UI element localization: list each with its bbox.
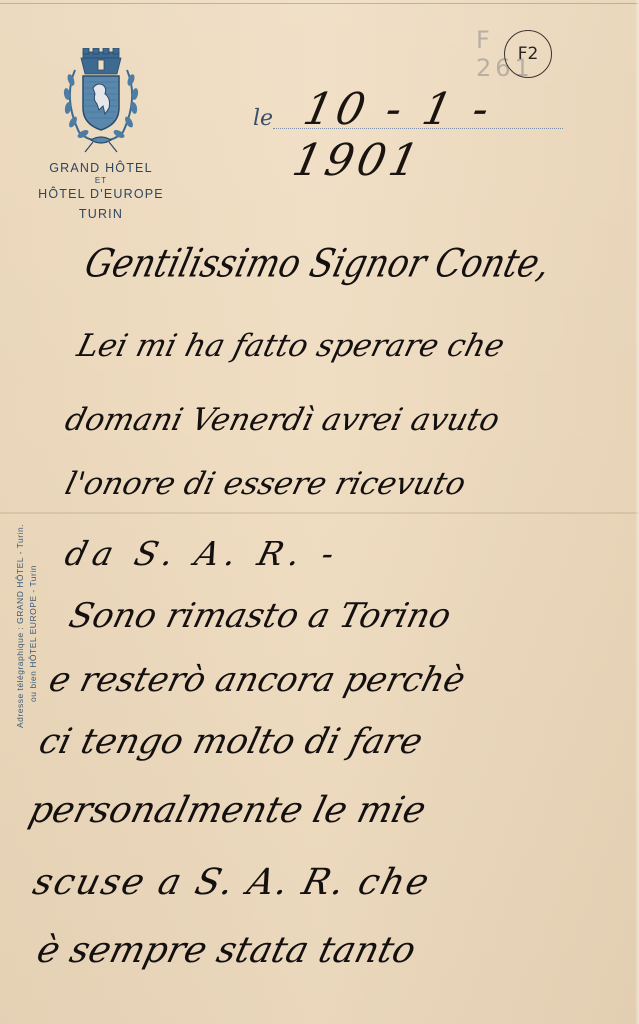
letter-line: ci tengo molto di fare <box>35 722 427 762</box>
letter-line: Lei mi ha fatto sperare che <box>74 328 509 364</box>
letter-line: è sempre stata tanto <box>33 930 420 971</box>
letter-line: scuse a S. A. R. che <box>29 862 435 903</box>
letter-body: Gentilissimo Signor Conte, Lei mi ha fat… <box>0 0 639 1024</box>
letter-line: da S. A. R. - <box>61 534 344 573</box>
letter-line: domani Venerdì avrei avuto <box>62 402 504 438</box>
letter-line: l'onore di essere ricevuto <box>62 466 470 502</box>
letter-line: Sono rimasto a Torino <box>65 596 455 636</box>
letter-line: personalmente le mie <box>25 790 430 831</box>
letter-line: e resterò ancora perchè <box>45 660 469 700</box>
letter-paper: GRAND HÔTEL ET HÔTEL D'EUROPE TURIN Adre… <box>0 0 639 1024</box>
letter-salutation: Gentilissimo Signor Conte, <box>80 241 555 287</box>
